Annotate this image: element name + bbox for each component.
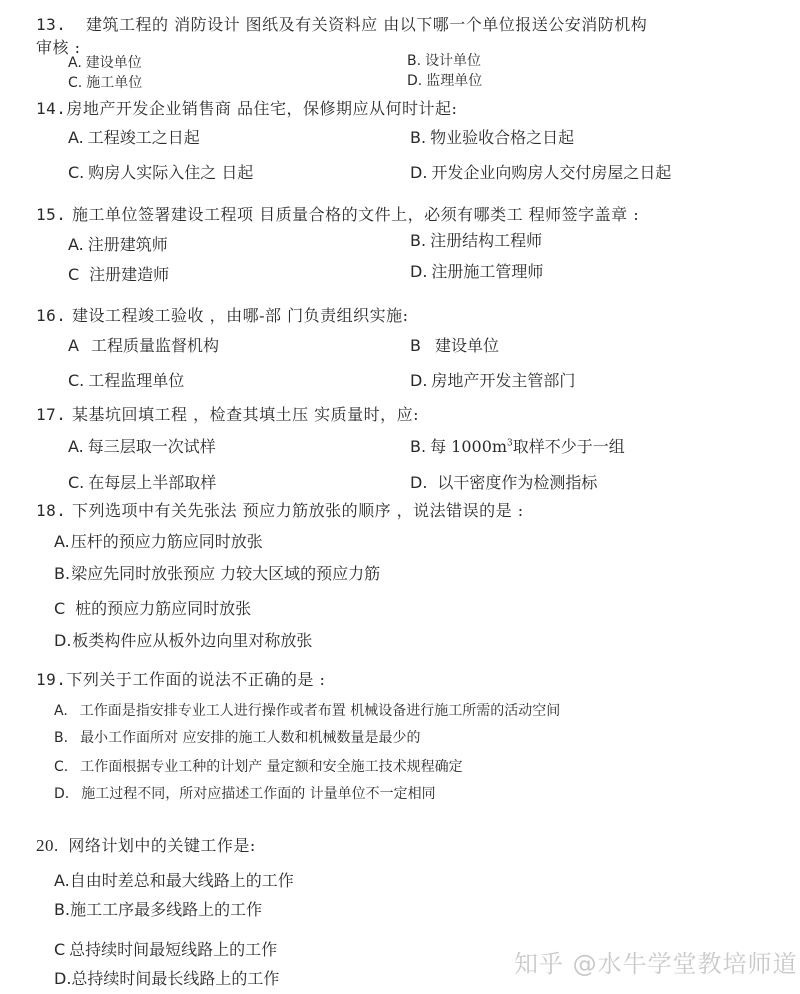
- question-text: 某基坑回填工程 ，检查其填土压 实质量时，应:: [72, 405, 419, 424]
- option-a: A.建设单位: [68, 52, 142, 72]
- question-number: 13.: [36, 15, 66, 34]
- option-d: D.板类构件应从板外边向里对称放张: [54, 628, 312, 651]
- question-number: 14.: [36, 99, 66, 118]
- option-a: A.压杆的预应力筋应同时放张: [54, 529, 263, 552]
- question-17: 17. 某基坑回填工程 ，检查其填土压 实质量时，应:: [36, 402, 419, 425]
- question-13: 13. 建筑工程的 消防设计 图纸及有关资料应 由以下哪一个单位报送公安消防机构: [36, 12, 647, 35]
- question-text: 房地产开发企业销售商 品住宅，保修期应从何时计起:: [66, 99, 457, 118]
- question-number: 20.: [36, 836, 59, 855]
- option-b: B建设单位: [410, 333, 499, 356]
- option-c: C.施工单位: [68, 72, 142, 92]
- option-a: A.每三层取一次试样: [68, 434, 216, 457]
- question-16: 16. 建设工程竣工验收 ，由哪-部 门负责组织实施:: [36, 303, 408, 326]
- option-c: C.在每层上半部取样: [68, 470, 216, 493]
- option-d: D.施工过程不同，所对应描述工作面的 计量单位不一定相同: [54, 783, 436, 803]
- question-number: 15.: [36, 205, 66, 224]
- option-c: C注册建造师: [68, 262, 169, 285]
- question-text: 施工单位签署建设工程项 目质量合格的文件上，必须有哪类工 程师签字盖章 :: [72, 205, 639, 224]
- question-text: 建筑工程的 消防设计 图纸及有关资料应 由以下哪一个单位报送公安消防机构: [86, 15, 647, 34]
- option-d: D.注册施工管理师: [410, 259, 543, 282]
- question-20: 20. 网络计划中的关键工作是:: [36, 833, 256, 856]
- option-b: B.设计单位: [407, 50, 481, 70]
- question-text: 网络计划中的关键工作是:: [68, 836, 255, 855]
- question-text: 下列选项中有关先张法 预应力筋放张的顺序 ，说法错误的是 :: [72, 501, 524, 520]
- option-a: A.注册建筑师: [68, 232, 168, 255]
- option-d: D.监理单位: [407, 70, 482, 90]
- question-14: 14.房地产开发企业销售商 品住宅，保修期应从何时计起:: [36, 96, 457, 119]
- option-b: B.每 1000m3取样不少于一组: [410, 434, 625, 457]
- option-d: D.以干密度作为检测指标: [410, 470, 597, 493]
- option-b: B.梁应先同时放张预应 力较大区域的预应力筋: [54, 561, 380, 584]
- option-c: C桩的预应力筋应同时放张: [54, 596, 251, 619]
- option-b: B.施工工序最多线路上的工作: [54, 897, 262, 920]
- option-c: C.工程监理单位: [68, 368, 184, 391]
- question-number: 16.: [36, 306, 66, 325]
- option-a: A工程质量监督机构: [68, 333, 219, 356]
- option-c: C.购房人实际入住之 日起: [68, 160, 253, 183]
- option-c: C.工作面根据专业工种的计划产 量定额和安全施工技术规程确定: [54, 756, 463, 776]
- question-18: 18. 下列选项中有关先张法 预应力筋放张的顺序 ，说法错误的是 :: [36, 498, 524, 521]
- option-c: C总持续时间最短线路上的工作: [54, 937, 277, 960]
- option-a: A.工程竣工之日起: [68, 125, 200, 148]
- question-text: 下列关于工作面的说法不正确的是 :: [66, 670, 325, 689]
- option-a: A.自由时差总和最大线路上的工作: [54, 868, 294, 891]
- question-19: 19.下列关于工作面的说法不正确的是 :: [36, 667, 325, 690]
- option-d: D.开发企业向购房人交付房屋之日起: [410, 160, 671, 183]
- option-a: A.工作面是指安排专业工人进行操作或者布置 机械设备进行施工所需的活动空间: [54, 700, 560, 720]
- question-number: 19.: [36, 670, 66, 689]
- question-15: 15. 施工单位签署建设工程项 目质量合格的文件上，必须有哪类工 程师签字盖章 …: [36, 202, 639, 225]
- question-number: 18.: [36, 501, 66, 520]
- question-text: 建设工程竣工验收 ，由哪-部 门负责组织实施:: [72, 306, 408, 325]
- option-b: B.物业验收合格之日起: [410, 125, 574, 148]
- option-d: D.总持续时间最长线路上的工作: [54, 966, 279, 989]
- option-b: B.最小工作面所对 应安排的施工人数和机械数量是最少的: [54, 727, 421, 747]
- option-b: B.注册结构工程师: [410, 228, 542, 251]
- question-number: 17.: [36, 405, 66, 424]
- watermark: 知乎 @水牛学堂教培师道: [514, 944, 798, 979]
- option-d: D.房地产开发主管部门: [410, 368, 575, 391]
